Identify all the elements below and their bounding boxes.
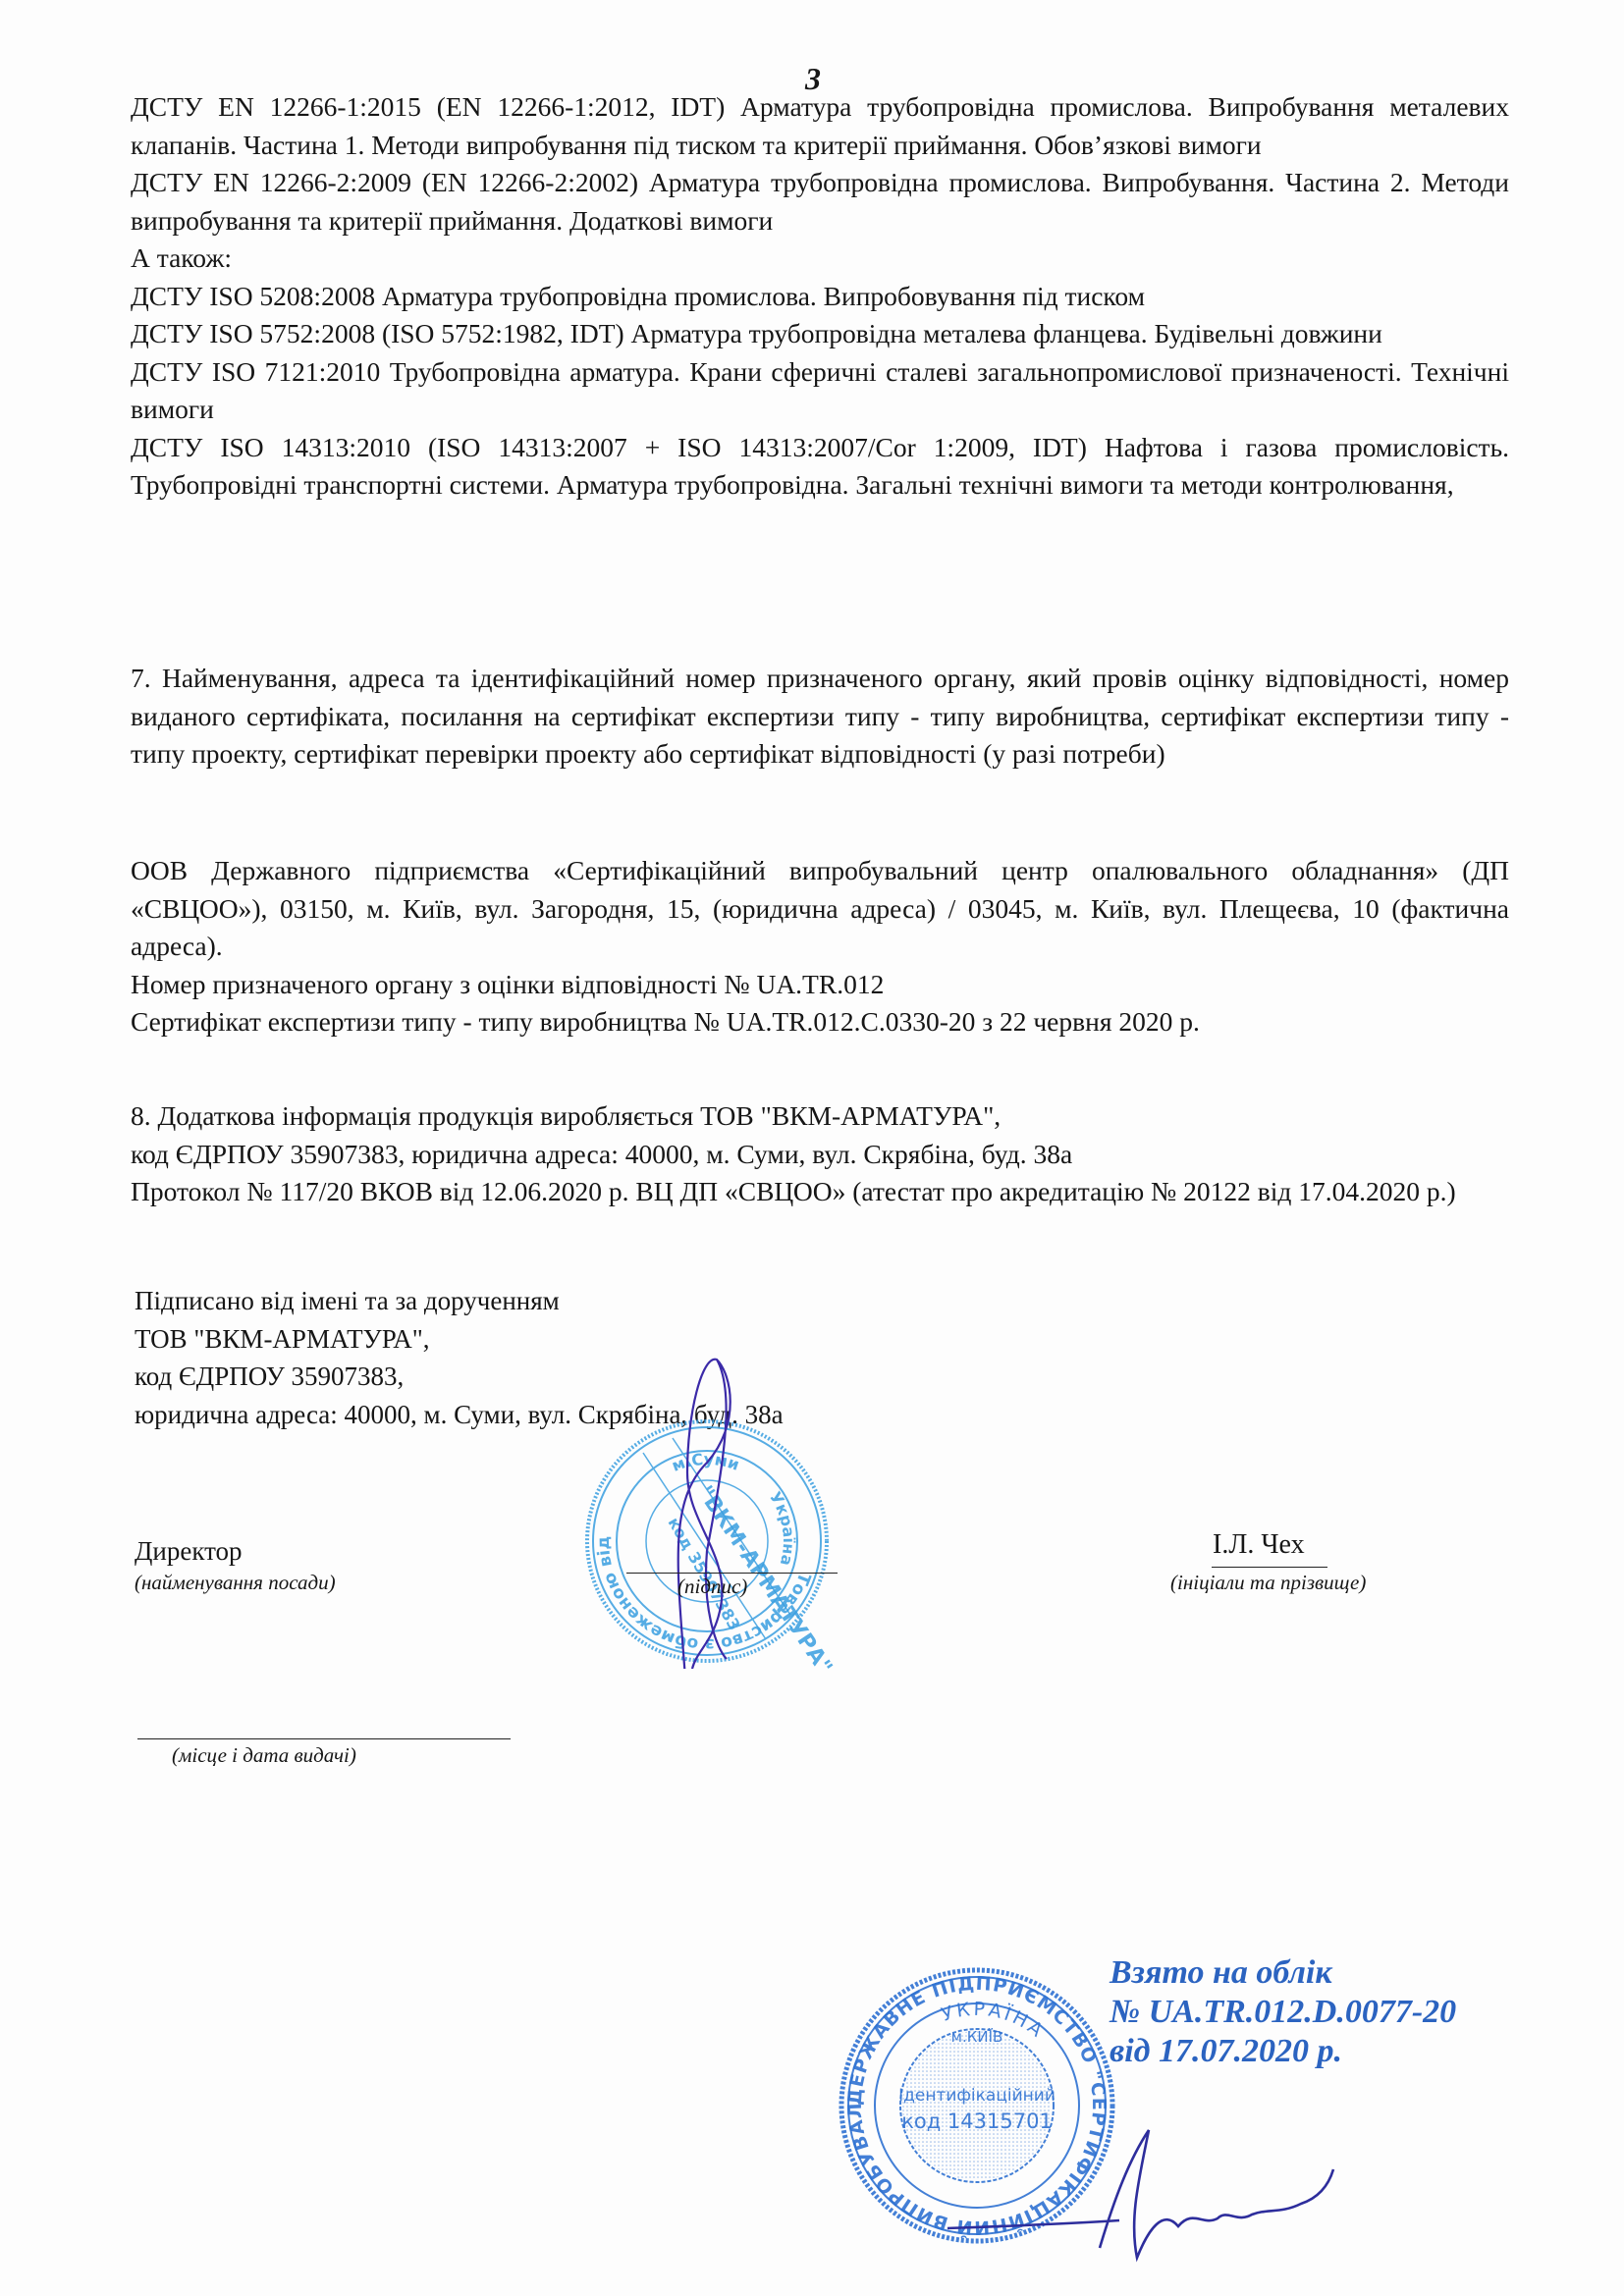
also-label: А також: [131, 240, 1509, 278]
section-8-line: 8. Додаткова інформація продукція виробл… [131, 1097, 1509, 1136]
section-8: 8. Додаткова інформація продукція виробл… [131, 1097, 1509, 1211]
signed-line: ТОВ "ВКМ-АРМАТУРА", [135, 1320, 784, 1359]
document-page: 3 ДСТУ EN 12266-1:2015 (EN 12266-1:2012,… [0, 0, 1624, 2296]
standard-item: ДСТУ ISO 14313:2010 (ISO 14313:2007 + IS… [131, 429, 1509, 505]
standards-list: ДСТУ EN 12266-1:2015 (EN 12266-1:2012, I… [131, 88, 1509, 505]
registration-note: Взято на облік № UA.TR.012.D.0077-20 від… [1110, 1953, 1456, 2071]
standard-item: ДСТУ ISO 5208:2008 Арматура трубопровідн… [131, 278, 1509, 316]
notified-body-name: ООВ Державного підприємства «Сертифікаці… [131, 852, 1509, 966]
registrar-signature [943, 2110, 1335, 2268]
standard-item: ДСТУ ISO 7121:2010 Трубопровідна арматур… [131, 353, 1509, 429]
signature-line [626, 1573, 838, 1574]
signed-line: Підписано від імені та за дорученням [135, 1282, 784, 1320]
section-7-heading: 7. Найменування, адреса та ідентифікацій… [131, 660, 1509, 774]
signature-caption: (підпис) [677, 1575, 747, 1599]
name-caption: (ініціали та прізвище) [1170, 1571, 1366, 1595]
signatory-name: І.Л. Чех [1213, 1529, 1305, 1561]
svg-text:Ідентифікаційний: Ідентифікаційний [898, 2086, 1056, 2106]
registration-line: Взято на облік [1110, 1953, 1456, 1993]
place-date-line [137, 1738, 511, 1739]
registration-date: від 17.07.2020 р. [1110, 2032, 1456, 2071]
section-7-body: ООВ Державного підприємства «Сертифікаці… [131, 852, 1509, 1041]
director-position: Директор [135, 1536, 243, 1567]
registration-number: № UA.TR.012.D.0077-20 [1110, 1993, 1456, 2032]
name-underline [1212, 1567, 1327, 1568]
svg-text:м.КИЇВ: м.КИЇВ [951, 2027, 1003, 2046]
notified-body-number: Номер призначеного органу з оцінки відпо… [131, 966, 1509, 1004]
test-protocol: Протокол № 117/20 ВКОВ від 12.06.2020 р.… [131, 1173, 1509, 1211]
place-date-caption: (місце і дата видачі) [172, 1743, 356, 1768]
position-caption: (найменування посади) [135, 1571, 336, 1595]
standard-item: ДСТУ EN 12266-2:2009 (EN 12266-2:2002) А… [131, 164, 1509, 240]
type-certificate: Сертифікат експертизи типу - типу виробн… [131, 1003, 1509, 1041]
standard-item: ДСТУ EN 12266-1:2015 (EN 12266-1:2012, I… [131, 88, 1509, 164]
standard-item: ДСТУ ISO 5752:2008 (ISO 5752:1982, IDT) … [131, 315, 1509, 353]
director-signature [648, 1355, 785, 1669]
section-8-line: код ЄДРПОУ 35907383, юридична адреса: 40… [131, 1136, 1509, 1174]
